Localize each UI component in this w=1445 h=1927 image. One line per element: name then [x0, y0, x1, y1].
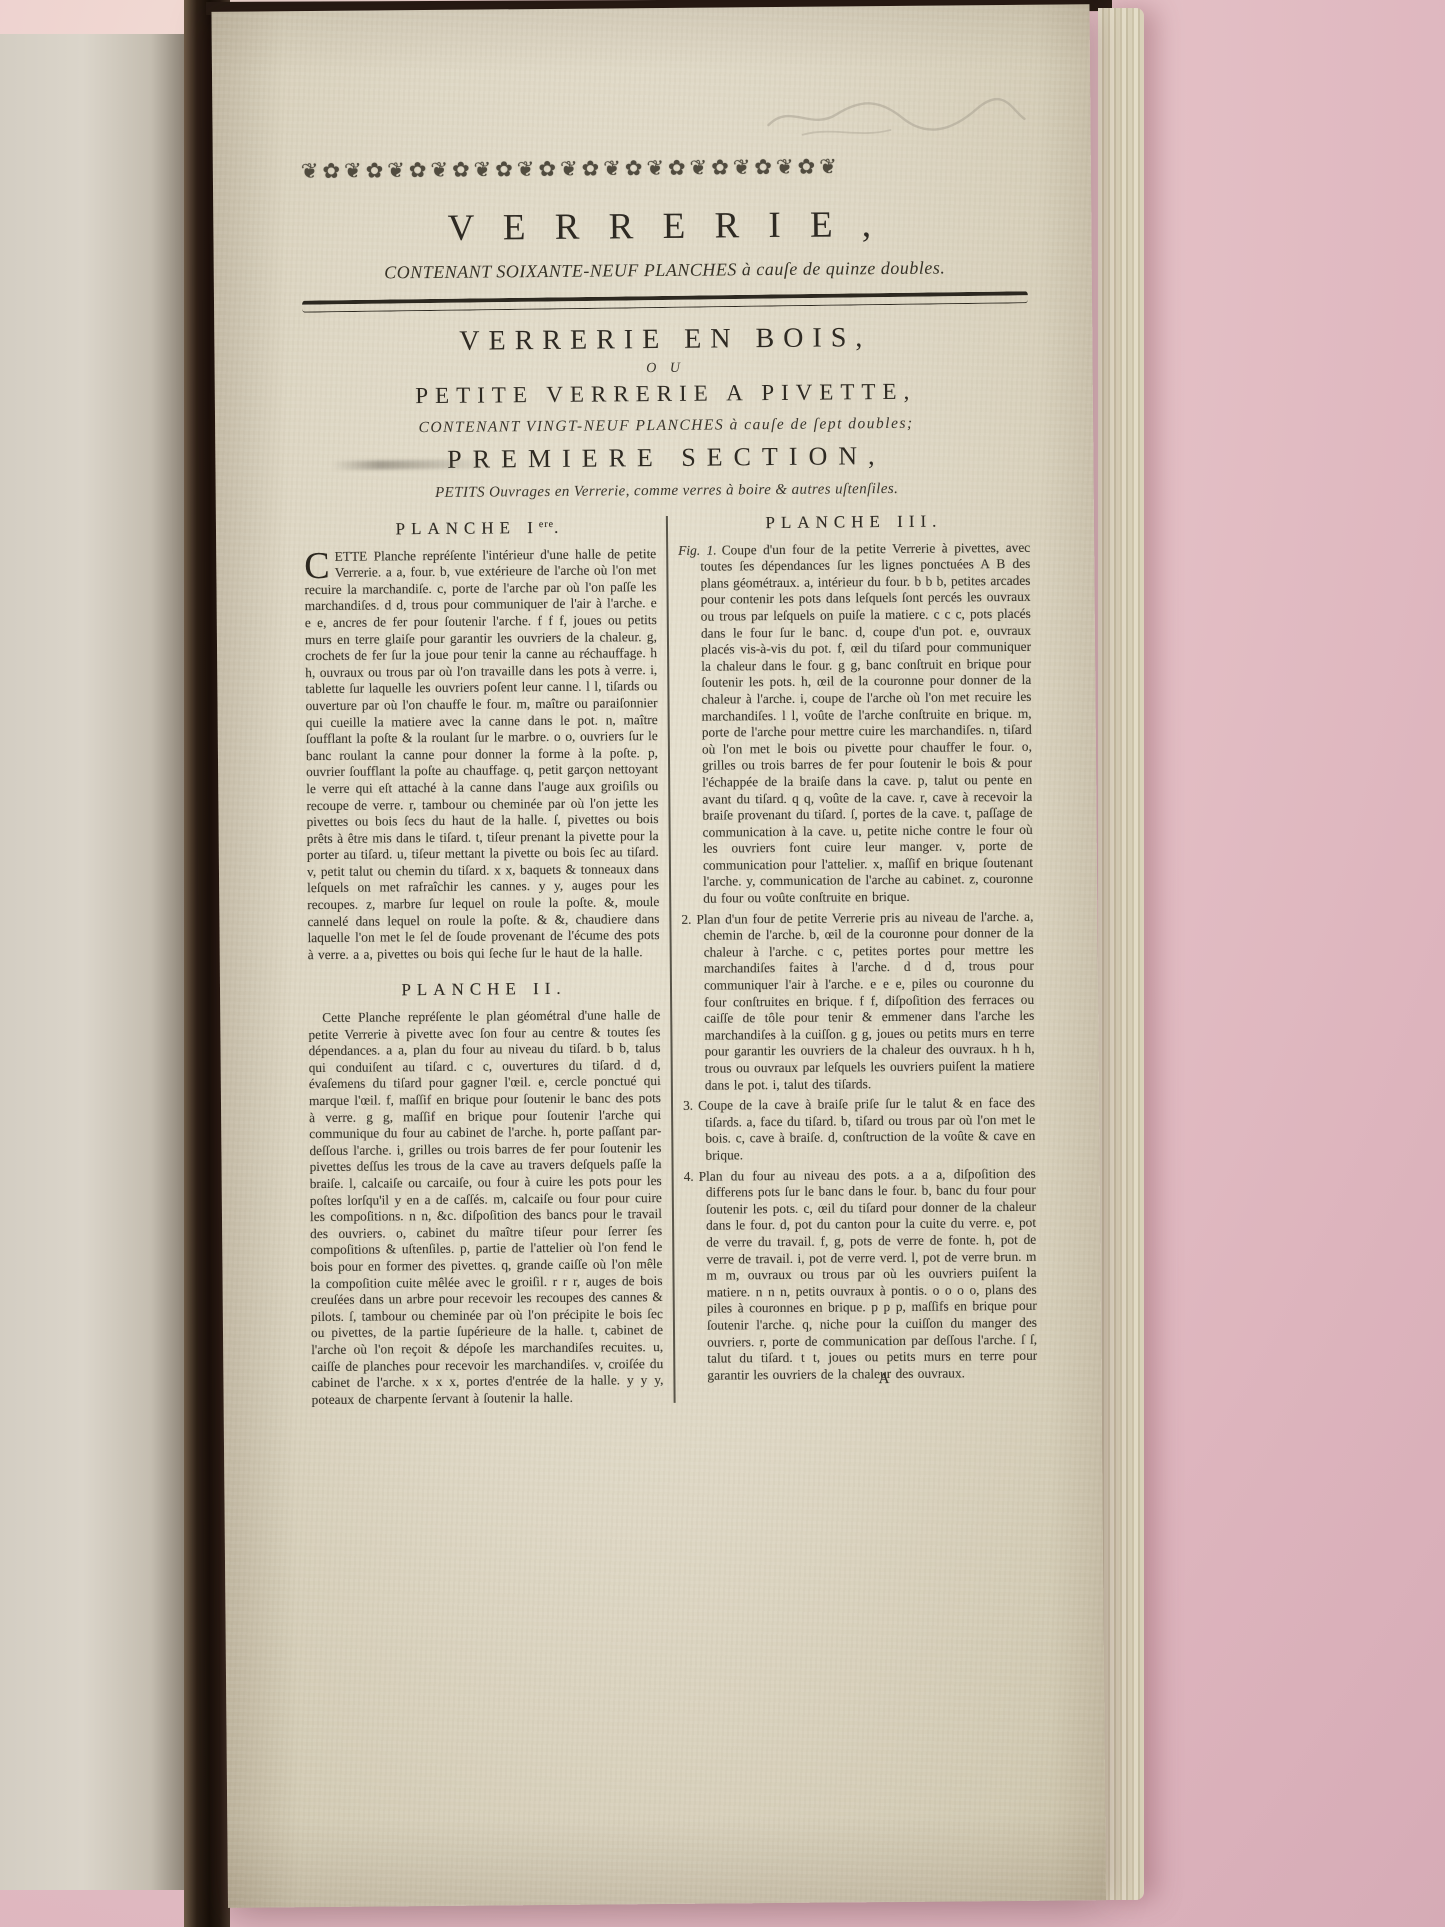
heading-premiere-section-label: PREMIERE SECTION, — [447, 441, 886, 474]
heading-verrerie-en-bois: VERRERIE EN BOIS, — [302, 321, 1028, 359]
figure-2-body: Plan d'un four de petite Verrerie pris a… — [696, 908, 1034, 1092]
ink-smudge — [331, 459, 491, 469]
figure-2-text: 2.Plan d'un four de petite Verrerie pris… — [681, 908, 1035, 1094]
figure-3-label: 3. — [683, 1098, 693, 1113]
planche-2-text: Cette Planche repréſente le plan géométr… — [308, 1007, 663, 1408]
page-content: ❦✿❦✿❦✿❦✿❦✿❦✿❦✿❦✿❦✿❦✿❦✿❦✿❦ V E R R E R I … — [299, 5, 1037, 1413]
figure-2-label: 2. — [681, 911, 691, 926]
heading-premiere-section: PREMIERE SECTION, — [303, 440, 1029, 476]
left-column: PLANCHE Iere. CETTE Planche repréſente l… — [304, 514, 664, 1412]
right-column: PLANCHE III. Fig. 1.Coupe d'un four de l… — [678, 511, 1038, 1409]
text-columns: PLANCHE Iere. CETTE Planche repréſente l… — [304, 511, 1038, 1413]
figure-1-text: Fig. 1.Coupe d'un four de la petite Verr… — [678, 539, 1033, 907]
adjacent-page-surface — [0, 34, 184, 1890]
planche-1-heading-sup: ere — [539, 519, 554, 530]
planche-1-body: ETTE Planche repréſente l'intérieur d'un… — [304, 546, 659, 962]
book-page: ❦✿❦✿❦✿❦✿❦✿❦✿❦✿❦✿❦✿❦✿❦✿❦✿❦ V E R R E R I … — [211, 4, 1106, 1908]
planche-1-heading: PLANCHE Iere. — [304, 516, 656, 539]
column-divider — [666, 516, 676, 1403]
figure-4-label: 4. — [684, 1168, 694, 1183]
figure-4-body: Plan du four au niveau des pots. a a a, … — [699, 1165, 1038, 1382]
drop-cap: C — [304, 548, 335, 581]
figure-3-body: Coupe de la cave à braiſe priſe ſur le t… — [698, 1095, 1035, 1163]
heading-ou: O U — [303, 358, 1029, 380]
figure-1-body: Coupe d'un four de la petite Verrerie à … — [700, 539, 1033, 905]
double-rule — [302, 291, 1028, 313]
heading-petite-verrerie: PETITE VERRERIE A PIVETTE, — [303, 378, 1029, 410]
figure-1-label: Fig. 1. — [678, 542, 717, 557]
planche-1-heading-main: PLANCHE I — [396, 518, 539, 538]
planche-1-text: CETTE Planche repréſente l'intérieur d'u… — [304, 546, 660, 964]
planche-2-heading: PLANCHE II. — [308, 980, 660, 1000]
figure-3-text: 3.Coupe de la cave à braiſe priſe ſur le… — [683, 1095, 1036, 1164]
ornament-band: ❦✿❦✿❦✿❦✿❦✿❦✿❦✿❦✿❦✿❦✿❦✿❦✿❦ — [301, 153, 1027, 183]
planche-3-heading: PLANCHE III. — [678, 513, 1030, 533]
photo-scene: ❦✿❦✿❦✿❦✿❦✿❦✿❦✿❦✿❦✿❦✿❦✿❦✿❦ V E R R E R I … — [0, 0, 1445, 1927]
figure-4-text: 4.Plan du four au niveau des pots. a a a… — [684, 1165, 1038, 1384]
page-title: V E R R E R I E , — [301, 203, 1027, 251]
subtitle-planches-count: CONTENANT VINGT-NEUF PLANCHES à cauſe de… — [303, 414, 1029, 438]
planche-1-heading-dot: . — [554, 518, 564, 537]
title-subtitle: CONTENANT SOIXANTE-NEUF PLANCHES à cauſe… — [302, 257, 1028, 284]
page-fore-edge — [1098, 8, 1144, 1900]
subtitle-petits-ouvrages: PETITS Ouvrages en Verrerie, comme verre… — [304, 480, 1030, 503]
